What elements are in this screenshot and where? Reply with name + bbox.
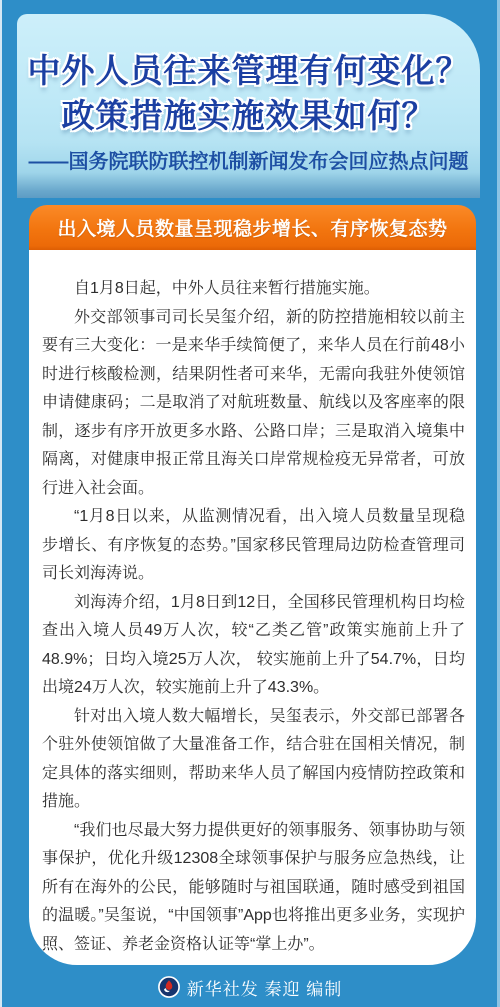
credit-text: 新华社发 秦迎 编制 bbox=[187, 975, 342, 1000]
infographic-page: 中外人员往来管理有何变化？ 政策措施实施效果如何？ ——国务院联防联控机制新闻发… bbox=[0, 0, 500, 1007]
footer-credit-bar: 新华社发 秦迎 编制 bbox=[0, 972, 500, 1002]
paragraph-5: 针对出入境人数大幅增长，吴玺表示，外交部已部署各个驻外使领馆做了大量准备工作，结… bbox=[42, 703, 465, 817]
article-card: 自1月8日起，中外人员往来暂行措施实施。 外交部领事司司长吴玺介绍，新的防控措施… bbox=[29, 250, 476, 965]
paragraph-4: 刘海涛介绍，1月8日到12日，全国移民管理机构日均检查出入境人员49万人次，较“… bbox=[42, 589, 465, 703]
title-line-2: 政策措施实施效果如何？ bbox=[17, 93, 480, 138]
xinhua-logo-icon bbox=[158, 976, 180, 998]
left-edge-strip bbox=[0, 0, 2, 1007]
paragraph-1: 自1月8日起，中外人员往来暂行措施实施。 bbox=[42, 275, 465, 304]
paragraph-2: 外交部领事司司长吴玺介绍，新的防控措施相较以前主要有三大变化：一是来华手续简便了… bbox=[42, 304, 465, 504]
header-panel: 中外人员往来管理有何变化？ 政策措施实施效果如何？ ——国务院联防联控机制新闻发… bbox=[17, 14, 480, 198]
paragraph-3: “1月8日以来，从监测情况看，出入境人员数量呈现稳步增长、有序恢复的态势。”国家… bbox=[42, 503, 465, 589]
main-title: 中外人员往来管理有何变化？ 政策措施实施效果如何？ bbox=[17, 14, 480, 138]
section-banner: 出入境人员数量呈现稳步增长、有序恢复态势 bbox=[29, 205, 476, 250]
title-line-1: 中外人员往来管理有何变化？ bbox=[17, 48, 480, 93]
banner-text: 出入境人员数量呈现稳步增长、有序恢复态势 bbox=[57, 214, 447, 241]
header-subtitle: ——国务院联防联控机制新闻发布会回应热点问题 bbox=[17, 149, 480, 175]
paragraph-6: “我们也尽最大努力提供更好的领事服务、领事协助与领事保护，优化升级12308全球… bbox=[42, 817, 465, 960]
